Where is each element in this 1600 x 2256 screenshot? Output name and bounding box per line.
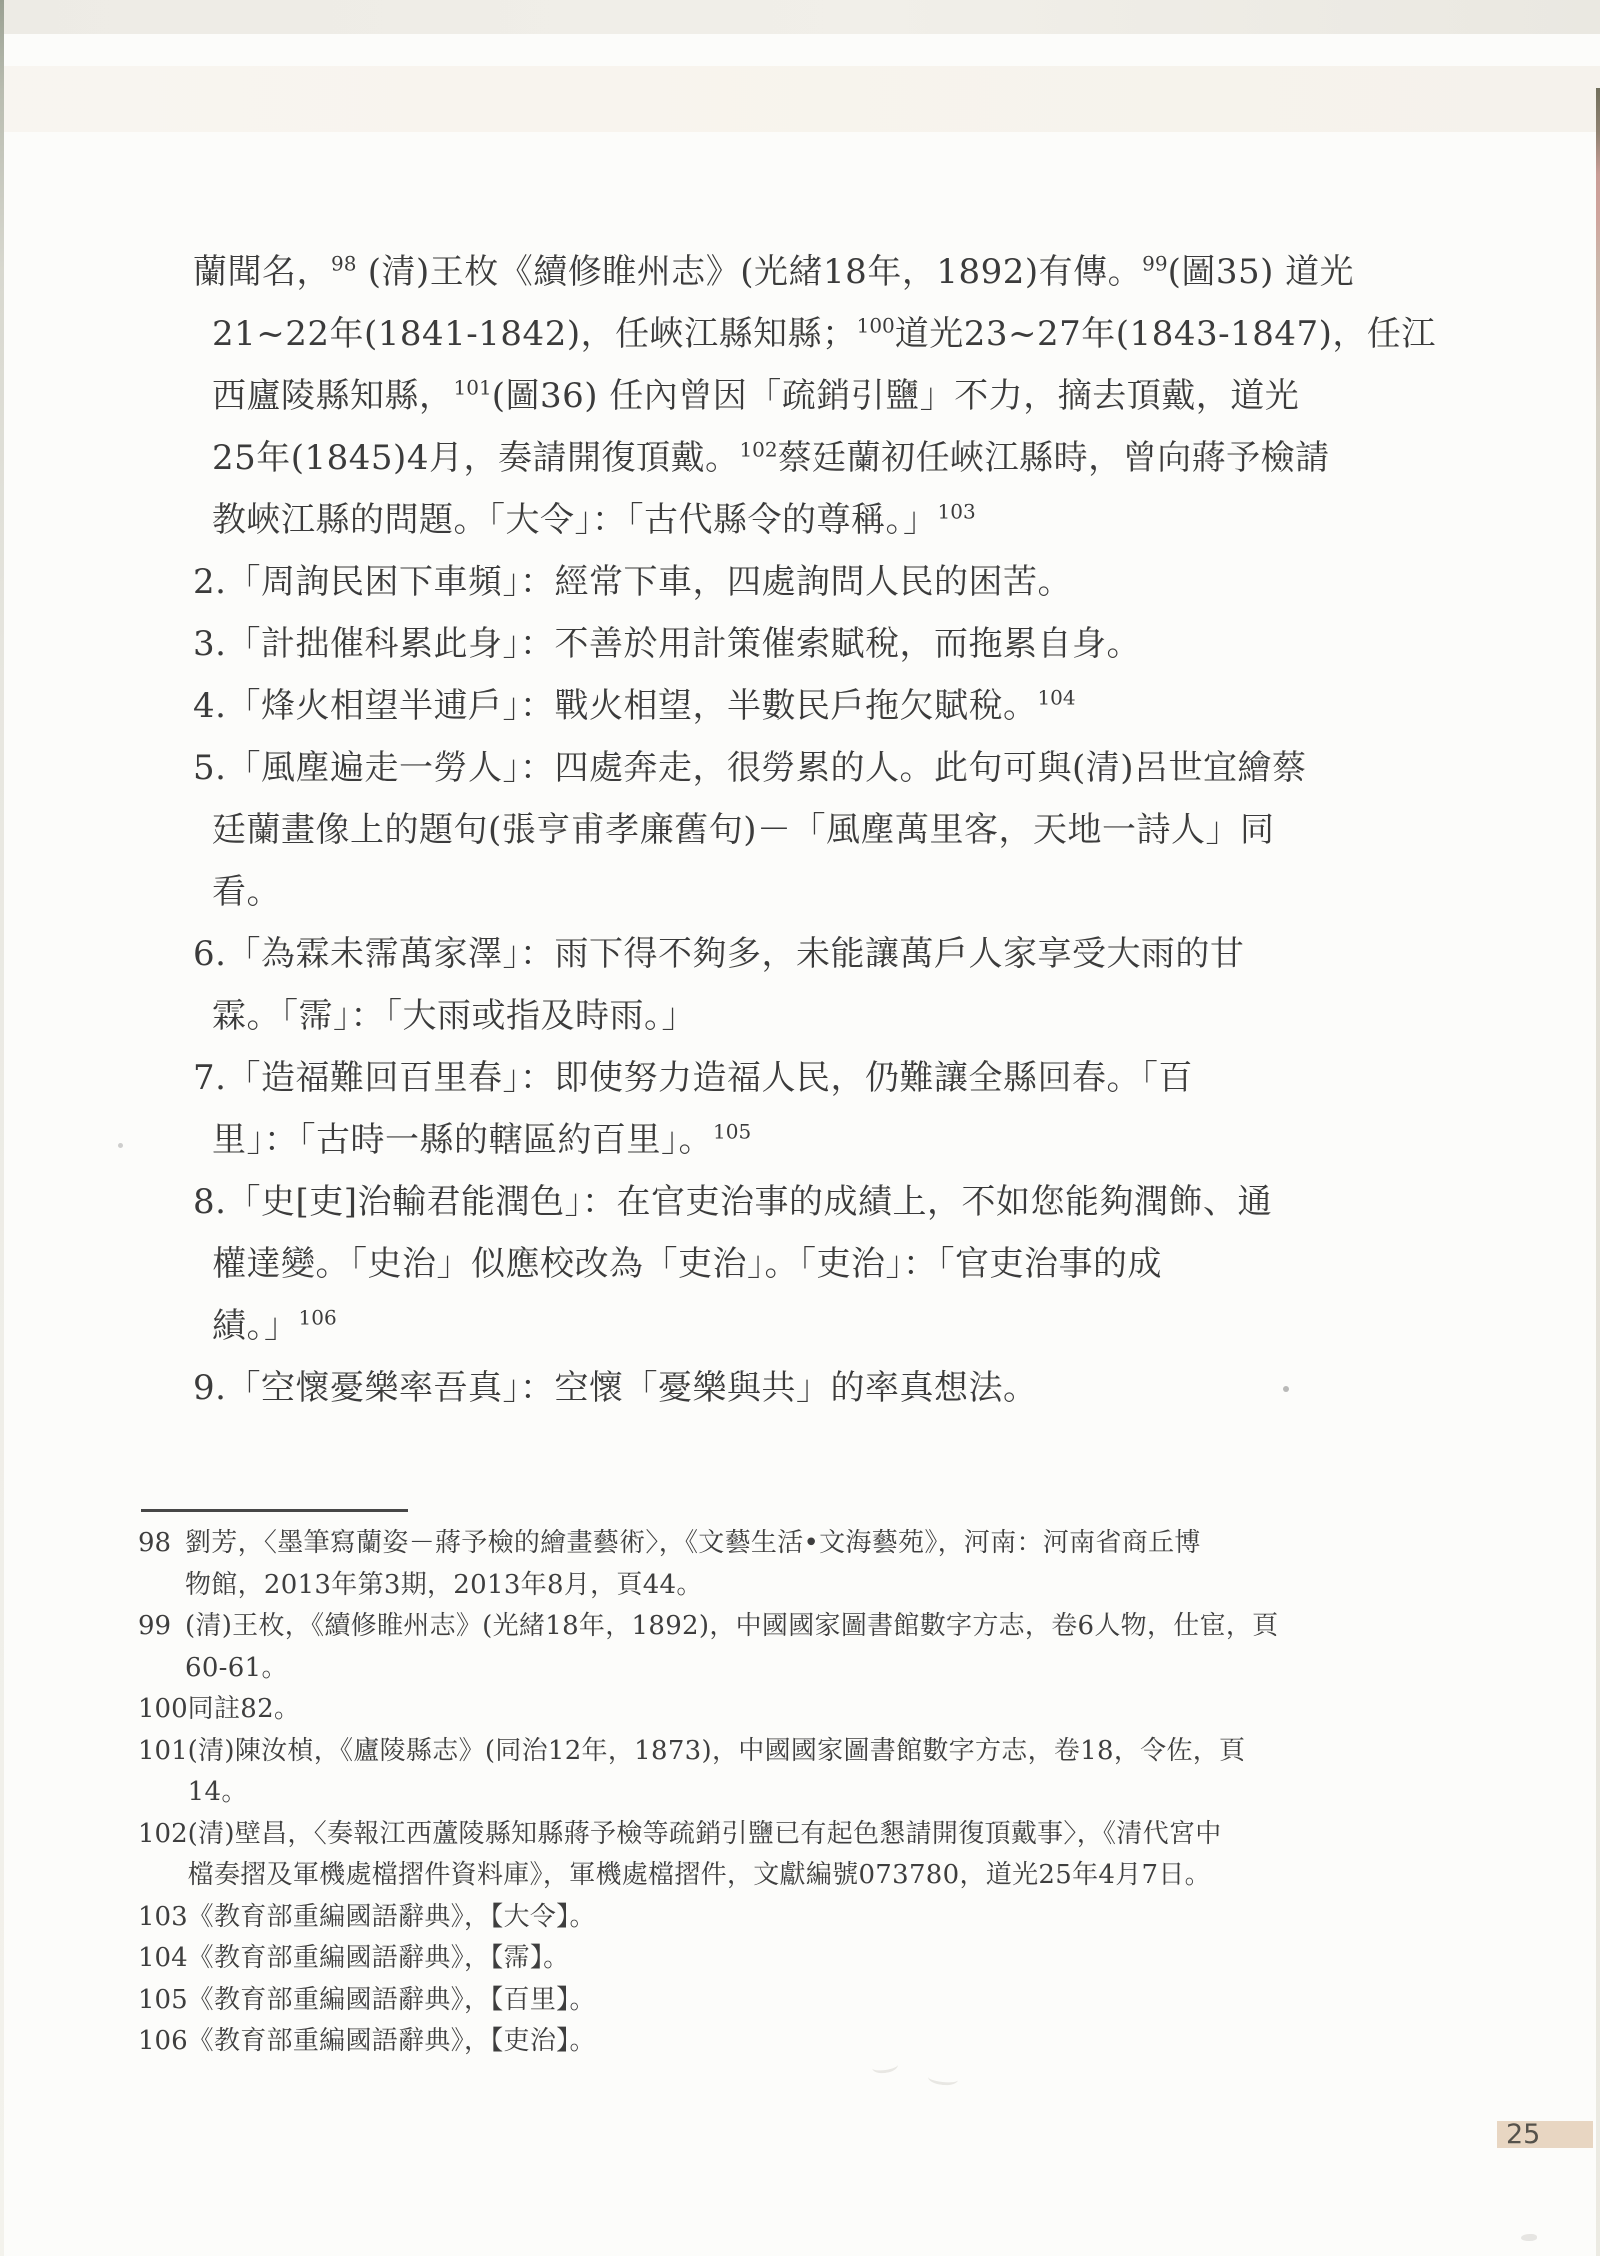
footnote-divider	[141, 1509, 408, 1512]
scan-speck	[1521, 2234, 1537, 2241]
body-text-segment: 9.「空懷憂樂率吾真」：空懷「憂樂與共」的率真想法。	[193, 1368, 1037, 1408]
footnote-number: 99	[138, 1606, 185, 1648]
main-text-block: 蘭聞名，98 (清)王枚《續修睢州志》(光緒18年，1892)有傳。99(圖35…	[193, 241, 1383, 1419]
body-line: 25年(1845)4月，奏請開復頂戴。102蔡廷蘭初任峽江縣時，曾向蔣予檢請	[212, 427, 1383, 489]
body-text-segment: 教峽江縣的問題。「大令」：「古代縣令的尊稱。」	[212, 500, 938, 540]
footnote-text: 《教育部重編國語辭典》，【百里】。	[188, 1980, 1478, 2022]
footnote-line: 《教育部重編國語辭典》，【霈】。	[188, 1938, 1478, 1980]
body-line: 蘭聞名，98 (清)王枚《續修睢州志》(光緒18年，1892)有傳。99(圖35…	[193, 241, 1383, 303]
footnote-number: 103	[138, 1897, 188, 1939]
page-number-badge: 25	[1497, 2121, 1593, 2148]
footnote-text: 同註82。	[188, 1689, 1478, 1731]
scan-pencil-mark	[927, 2070, 958, 2086]
footnote-number: 98	[138, 1523, 185, 1565]
body-line: 西廬陵縣知縣，101(圖36) 任內曾因「疏銷引鹽」不力，摘去頂戴，道光	[212, 365, 1383, 427]
scanned-page: 蘭聞名，98 (清)王枚《續修睢州志》(光緒18年，1892)有傳。99(圖35…	[0, 0, 1600, 2256]
body-text-segment: 2.「周詢民困下車頻」：經常下車，四處詢問人民的困苦。	[193, 562, 1072, 602]
footnote-number: 104	[138, 1938, 188, 1980]
body-text-segment: 25年(1845)4月，奏請開復頂戴。	[212, 438, 739, 478]
footnote-ref: 98	[331, 252, 356, 276]
body-text-segment: 21~22年(1841-1842)，任峽江縣知縣；	[212, 314, 857, 354]
footnote-ref: 106	[299, 1306, 337, 1330]
footnote-line: 物館，2013年第3期，2013年8月，頁44。	[185, 1565, 1478, 1607]
footnote-number: 101	[138, 1731, 188, 1773]
scan-artifact-upper-band	[0, 66, 1600, 132]
footnote-line: 《教育部重編國語辭典》，【百里】。	[188, 1980, 1478, 2022]
body-text-segment: 績。」	[212, 1306, 299, 1346]
footnote: 99(清)王枚，《續修睢州志》(光緒18年，1892)，中國國家圖書館數字方志，…	[138, 1606, 1478, 1689]
body-line: 6.「為霖未霈萬家澤」：雨下得不夠多，未能讓萬戶人家享受大雨的甘	[193, 923, 1383, 985]
body-text-segment: 廷蘭畫像上的題句(張亨甫孝廉舊句)－「風塵萬里客，天地一詩人」同	[212, 810, 1275, 850]
body-text-segment: 8.「史[吏]治輸君能潤色」：在官吏治事的成績上，不如您能夠潤飾、通	[193, 1182, 1272, 1222]
body-text-segment: (圖36) 任內曾因「疏銷引鹽」不力，摘去頂戴，道光	[492, 376, 1300, 416]
footnote: 105《教育部重編國語辭典》，【百里】。	[138, 1980, 1478, 2022]
footnote-number: 100	[138, 1689, 188, 1731]
footnote-line: 檔奏摺及軍機處檔摺件資料庫》，軍機處檔摺件，文獻編號073780，道光25年4月…	[188, 1855, 1478, 1897]
body-line: 9.「空懷憂樂率吾真」：空懷「憂樂與共」的率真想法。	[193, 1357, 1383, 1419]
scan-speck	[1283, 1386, 1289, 1392]
body-line: 2.「周詢民困下車頻」：經常下車，四處詢問人民的困苦。	[193, 551, 1383, 613]
footnote-ref: 101	[454, 376, 492, 400]
body-text-segment: 7.「造福難回百里春」：即使努力造福人民，仍難讓全縣回春。「百	[193, 1058, 1193, 1098]
body-text-segment: 看。	[212, 872, 281, 912]
body-text-segment: 西廬陵縣知縣，	[212, 376, 454, 416]
footnote-number: 105	[138, 1980, 188, 2022]
footnote-text: 《教育部重編國語辭典》，【大令】。	[188, 1897, 1478, 1939]
footnote-text: 《教育部重編國語辭典》，【吏治】。	[188, 2021, 1478, 2063]
footnote-ref: 102	[739, 438, 777, 462]
footnote-line: 劉芳，〈墨筆寫蘭姿－蔣予檢的繪畫藝術〉，《文藝生活•文海藝苑》，河南：河南省商丘…	[185, 1523, 1478, 1565]
body-text-segment: 道光23~27年(1843-1847)，任江	[895, 314, 1436, 354]
body-text-segment: 3.「計拙催科累此身」：不善於用計策催索賦稅，而拖累自身。	[193, 624, 1141, 664]
scan-edge-right	[1596, 88, 1600, 2256]
footnote: 102(清)壁昌，〈奏報江西蘆陵縣知縣蔣予檢等疏銷引鹽已有起色懇請開復頂戴事〉，…	[138, 1814, 1478, 1897]
footnote-line: 60-61。	[185, 1648, 1478, 1690]
footnotes-block: 98劉芳，〈墨筆寫蘭姿－蔣予檢的繪畫藝術〉，《文藝生活•文海藝苑》，河南：河南省…	[138, 1523, 1478, 2063]
body-line: 7.「造福難回百里春」：即使努力造福人民，仍難讓全縣回春。「百	[193, 1047, 1383, 1109]
body-text-segment: 里」：「古時一縣的轄區約百里」。	[212, 1120, 713, 1160]
footnote-number: 102	[138, 1814, 188, 1856]
body-line: 霖。「霈」：「大雨或指及時雨。」	[212, 985, 1383, 1047]
footnote-line: 《教育部重編國語辭典》，【吏治】。	[188, 2021, 1478, 2063]
footnote-line: (清)陳汝楨，《廬陵縣志》(同治12年，1873)，中國國家圖書館數字方志，卷1…	[188, 1731, 1478, 1773]
body-line: 績。」106	[212, 1295, 1383, 1357]
footnote-text: 《教育部重編國語辭典》，【霈】。	[188, 1938, 1478, 1980]
footnote: 106《教育部重編國語辭典》，【吏治】。	[138, 2021, 1478, 2063]
footnote: 103《教育部重編國語辭典》，【大令】。	[138, 1897, 1478, 1939]
footnote: 100同註82。	[138, 1689, 1478, 1731]
body-text-segment: 6.「為霖未霈萬家澤」：雨下得不夠多，未能讓萬戶人家享受大雨的甘	[193, 934, 1244, 974]
body-text-segment: (清)王枚《續修睢州志》(光緒18年，1892)有傳。	[356, 252, 1142, 292]
body-text-segment: 4.「烽火相望半逋戶」：戰火相望，半數民戶拖欠賦稅。	[193, 686, 1037, 726]
footnote-line: 14。	[188, 1772, 1478, 1814]
footnote-ref: 104	[1037, 686, 1075, 710]
body-line: 4.「烽火相望半逋戶」：戰火相望，半數民戶拖欠賦稅。104	[193, 675, 1383, 737]
body-text-segment: 權達變。「史治」似應校改為「吏治」。「吏治」：「官吏治事的成	[212, 1244, 1162, 1284]
body-line: 21~22年(1841-1842)，任峽江縣知縣；100道光23~27年(184…	[212, 303, 1383, 365]
scan-speck	[118, 1143, 123, 1148]
footnote-ref: 105	[713, 1120, 751, 1144]
body-text-segment: 5.「風塵遍走一勞人」：四處奔走，很勞累的人。此句可與(清)呂世宜繪蔡	[193, 748, 1306, 788]
body-line: 看。	[212, 861, 1383, 923]
footnote: 101(清)陳汝楨，《廬陵縣志》(同治12年，1873)，中國國家圖書館數字方志…	[138, 1731, 1478, 1814]
body-line: 5.「風塵遍走一勞人」：四處奔走，很勞累的人。此句可與(清)呂世宜繪蔡	[193, 737, 1383, 799]
footnote-line: 《教育部重編國語辭典》，【大令】。	[188, 1897, 1478, 1939]
body-text-segment: (圖35) 道光	[1168, 252, 1355, 292]
footnote-ref: 103	[938, 500, 976, 524]
scan-artifact-top-band	[0, 0, 1600, 34]
footnote: 104《教育部重編國語辭典》，【霈】。	[138, 1938, 1478, 1980]
footnote-text: (清)陳汝楨，《廬陵縣志》(同治12年，1873)，中國國家圖書館數字方志，卷1…	[188, 1731, 1478, 1814]
body-text-segment: 蔡廷蘭初任峽江縣時，曾向蔣予檢請	[778, 438, 1330, 478]
footnote-text: 劉芳，〈墨筆寫蘭姿－蔣予檢的繪畫藝術〉，《文藝生活•文海藝苑》，河南：河南省商丘…	[185, 1523, 1478, 1606]
body-line: 8.「史[吏]治輸君能潤色」：在官吏治事的成績上，不如您能夠潤飾、通	[193, 1171, 1383, 1233]
body-line: 3.「計拙催科累此身」：不善於用計策催索賦稅，而拖累自身。	[193, 613, 1383, 675]
footnote-line: 同註82。	[188, 1689, 1478, 1731]
body-line: 廷蘭畫像上的題句(張亨甫孝廉舊句)－「風塵萬里客，天地一詩人」同	[212, 799, 1383, 861]
footnote-ref: 100	[857, 314, 895, 338]
body-line: 權達變。「史治」似應校改為「吏治」。「吏治」：「官吏治事的成	[212, 1233, 1383, 1295]
body-text-segment: 蘭聞名，	[193, 252, 331, 292]
footnote-line: (清)王枚，《續修睢州志》(光緒18年，1892)，中國國家圖書館數字方志，卷6…	[185, 1606, 1478, 1648]
body-text-segment: 霖。「霈」：「大雨或指及時雨。」	[212, 996, 696, 1036]
footnote-text: (清)壁昌，〈奏報江西蘆陵縣知縣蔣予檢等疏銷引鹽已有起色懇請開復頂戴事〉，《清代…	[188, 1814, 1478, 1897]
footnote-ref: 99	[1142, 252, 1167, 276]
page-number: 25	[1506, 2121, 1593, 2148]
body-line: 里」：「古時一縣的轄區約百里」。105	[212, 1109, 1383, 1171]
scan-edge-left	[0, 0, 4, 2256]
footnote-line: (清)壁昌，〈奏報江西蘆陵縣知縣蔣予檢等疏銷引鹽已有起色懇請開復頂戴事〉，《清代…	[188, 1814, 1478, 1856]
footnote-text: (清)王枚，《續修睢州志》(光緒18年，1892)，中國國家圖書館數字方志，卷6…	[185, 1606, 1478, 1689]
body-line: 教峽江縣的問題。「大令」：「古代縣令的尊稱。」103	[212, 489, 1383, 551]
footnote-number: 106	[138, 2021, 188, 2063]
footnote: 98劉芳，〈墨筆寫蘭姿－蔣予檢的繪畫藝術〉，《文藝生活•文海藝苑》，河南：河南省…	[138, 1523, 1478, 1606]
